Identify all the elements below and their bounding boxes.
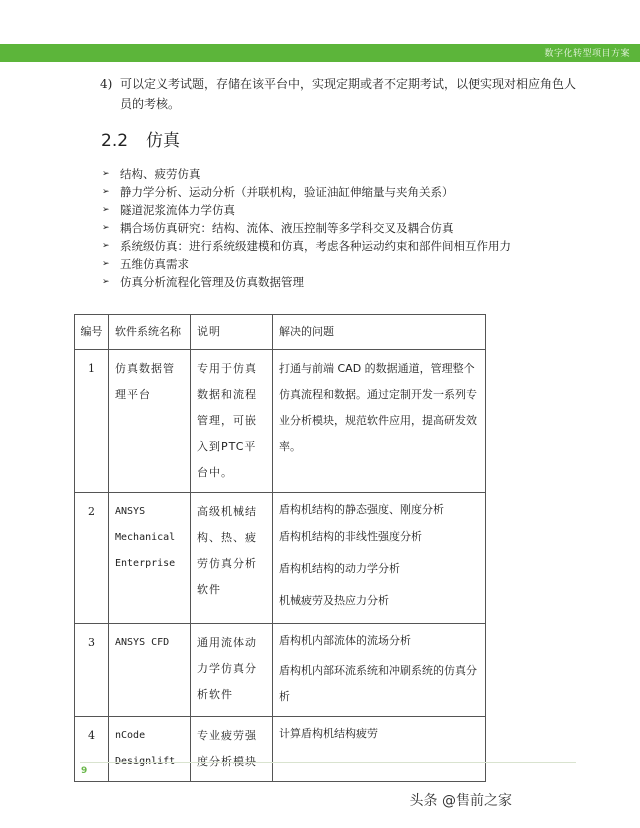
bullet-item: ➢结构、疲劳仿真 (102, 165, 511, 183)
header-cell: 解决的问题 (273, 315, 486, 350)
table-row: 1 仿真数据管理平台 专用于仿真数据和流程管理，可嵌入到PTC平台中。 打通与前… (75, 350, 486, 493)
problem-item: 机械疲劳及热应力分析 (279, 585, 480, 617)
watermark: 头条 @售前之家 (410, 790, 512, 810)
problem-item: 盾构机结构的非线性强度分析 (279, 521, 480, 553)
problem-item: 计算盾构机结构疲劳 (279, 723, 480, 745)
document-title: 数字化转型项目方案 (544, 46, 630, 59)
bullet-item: ➢仿真分析流程化管理及仿真数据管理 (102, 273, 511, 291)
item-number: 4) (100, 74, 120, 94)
table-row: 3 ANSYS CFD 通用流体动力学仿真分析软件 盾构机内部流体的流场分析 盾… (75, 624, 486, 717)
bullet-item: ➢耦合场仿真研究：结构、流体、液压控制等多学科交叉及耦合仿真 (102, 219, 511, 237)
problems-solved: 打通与前端 CAD 的数据通道，管理整个仿真流程和数据。通过定制开发一系列专业分… (273, 350, 486, 493)
problems-solved: 盾构机结构的静态强度、刚度分析 盾构机结构的非线性强度分析 盾构机结构的动力学分… (273, 493, 486, 624)
arrow-bullet-icon: ➢ (102, 183, 120, 201)
bullet-item: ➢隧道泥浆流体力学仿真 (102, 201, 511, 219)
header-band: 数字化转型项目方案 (0, 44, 640, 62)
software-name: ANSYS CFD (109, 624, 191, 717)
problem-item: 盾构机结构的动力学分析 (279, 553, 480, 585)
bullet-list: ➢结构、疲劳仿真 ➢静力学分析、运动分析（并联机构，验证油缸伸缩量与夹角关系） … (102, 165, 511, 291)
software-description: 专业疲劳强度分析模块 (191, 717, 273, 782)
footer-divider (80, 762, 576, 763)
item-text-line2: 员的考核。 (100, 94, 590, 114)
problems-solved: 盾构机内部流体的流场分析 盾构机内部环流系统和冲刷系统的仿真分析 (273, 624, 486, 717)
software-description: 专用于仿真数据和流程管理，可嵌入到PTC平台中。 (191, 350, 273, 493)
header-cell: 软件系统名称 (109, 315, 191, 350)
problem-item: 盾构机结构的静态强度、刚度分析 (279, 499, 480, 521)
intro-list-item: 4)可以定义考试题，存储在该平台中，实现定期或者不定期考试，以便实现对相应角色人… (100, 74, 590, 114)
table-row: 4 nCode Designlift 专业疲劳强度分析模块 计算盾构机结构疲劳 (75, 717, 486, 782)
arrow-bullet-icon: ➢ (102, 165, 120, 183)
problem-item: 盾构机内部流体的流场分析 (279, 630, 480, 652)
row-index: 3 (75, 624, 109, 717)
software-name: nCode Designlift (109, 717, 191, 782)
header-cell: 编号 (75, 315, 109, 350)
problem-item: 打通与前端 CAD 的数据通道，管理整个仿真流程和数据。通过定制开发一系列专业分… (279, 356, 480, 460)
table-row: 2 ANSYS Mechanical Enterprise 高级机械结构、热、疲… (75, 493, 486, 624)
section-heading: 2.2仿真 (101, 126, 180, 151)
row-index: 1 (75, 350, 109, 493)
arrow-bullet-icon: ➢ (102, 255, 120, 273)
row-index: 4 (75, 717, 109, 782)
page-number: 9 (81, 766, 87, 776)
section-number: 2.2 (101, 131, 128, 151)
table-header-row: 编号 软件系统名称 说明 解决的问题 (75, 315, 486, 350)
row-index: 2 (75, 493, 109, 624)
arrow-bullet-icon: ➢ (102, 237, 120, 255)
problems-solved: 计算盾构机结构疲劳 (273, 717, 486, 782)
header-cell: 说明 (191, 315, 273, 350)
arrow-bullet-icon: ➢ (102, 219, 120, 237)
problem-item: 盾构机内部环流系统和冲刷系统的仿真分析 (279, 658, 480, 710)
software-table: 编号 软件系统名称 说明 解决的问题 1 仿真数据管理平台 专用于仿真数据和流程… (74, 314, 486, 782)
arrow-bullet-icon: ➢ (102, 273, 120, 291)
bullet-item: ➢系统级仿真：进行系统级建模和仿真，考虑各种运动约束和部件间相互作用力 (102, 237, 511, 255)
arrow-bullet-icon: ➢ (102, 201, 120, 219)
software-description: 通用流体动力学仿真分析软件 (191, 624, 273, 717)
item-text-line1: 可以定义考试题，存储在该平台中，实现定期或者不定期考试，以便实现对相应角色人 (120, 77, 576, 91)
software-name: 仿真数据管理平台 (109, 350, 191, 493)
section-title: 仿真 (146, 131, 180, 151)
bullet-item: ➢五维仿真需求 (102, 255, 511, 273)
bullet-item: ➢静力学分析、运动分析（并联机构，验证油缸伸缩量与夹角关系） (102, 183, 511, 201)
software-name: ANSYS Mechanical Enterprise (109, 493, 191, 624)
software-description: 高级机械结构、热、疲劳仿真分析软件 (191, 493, 273, 624)
